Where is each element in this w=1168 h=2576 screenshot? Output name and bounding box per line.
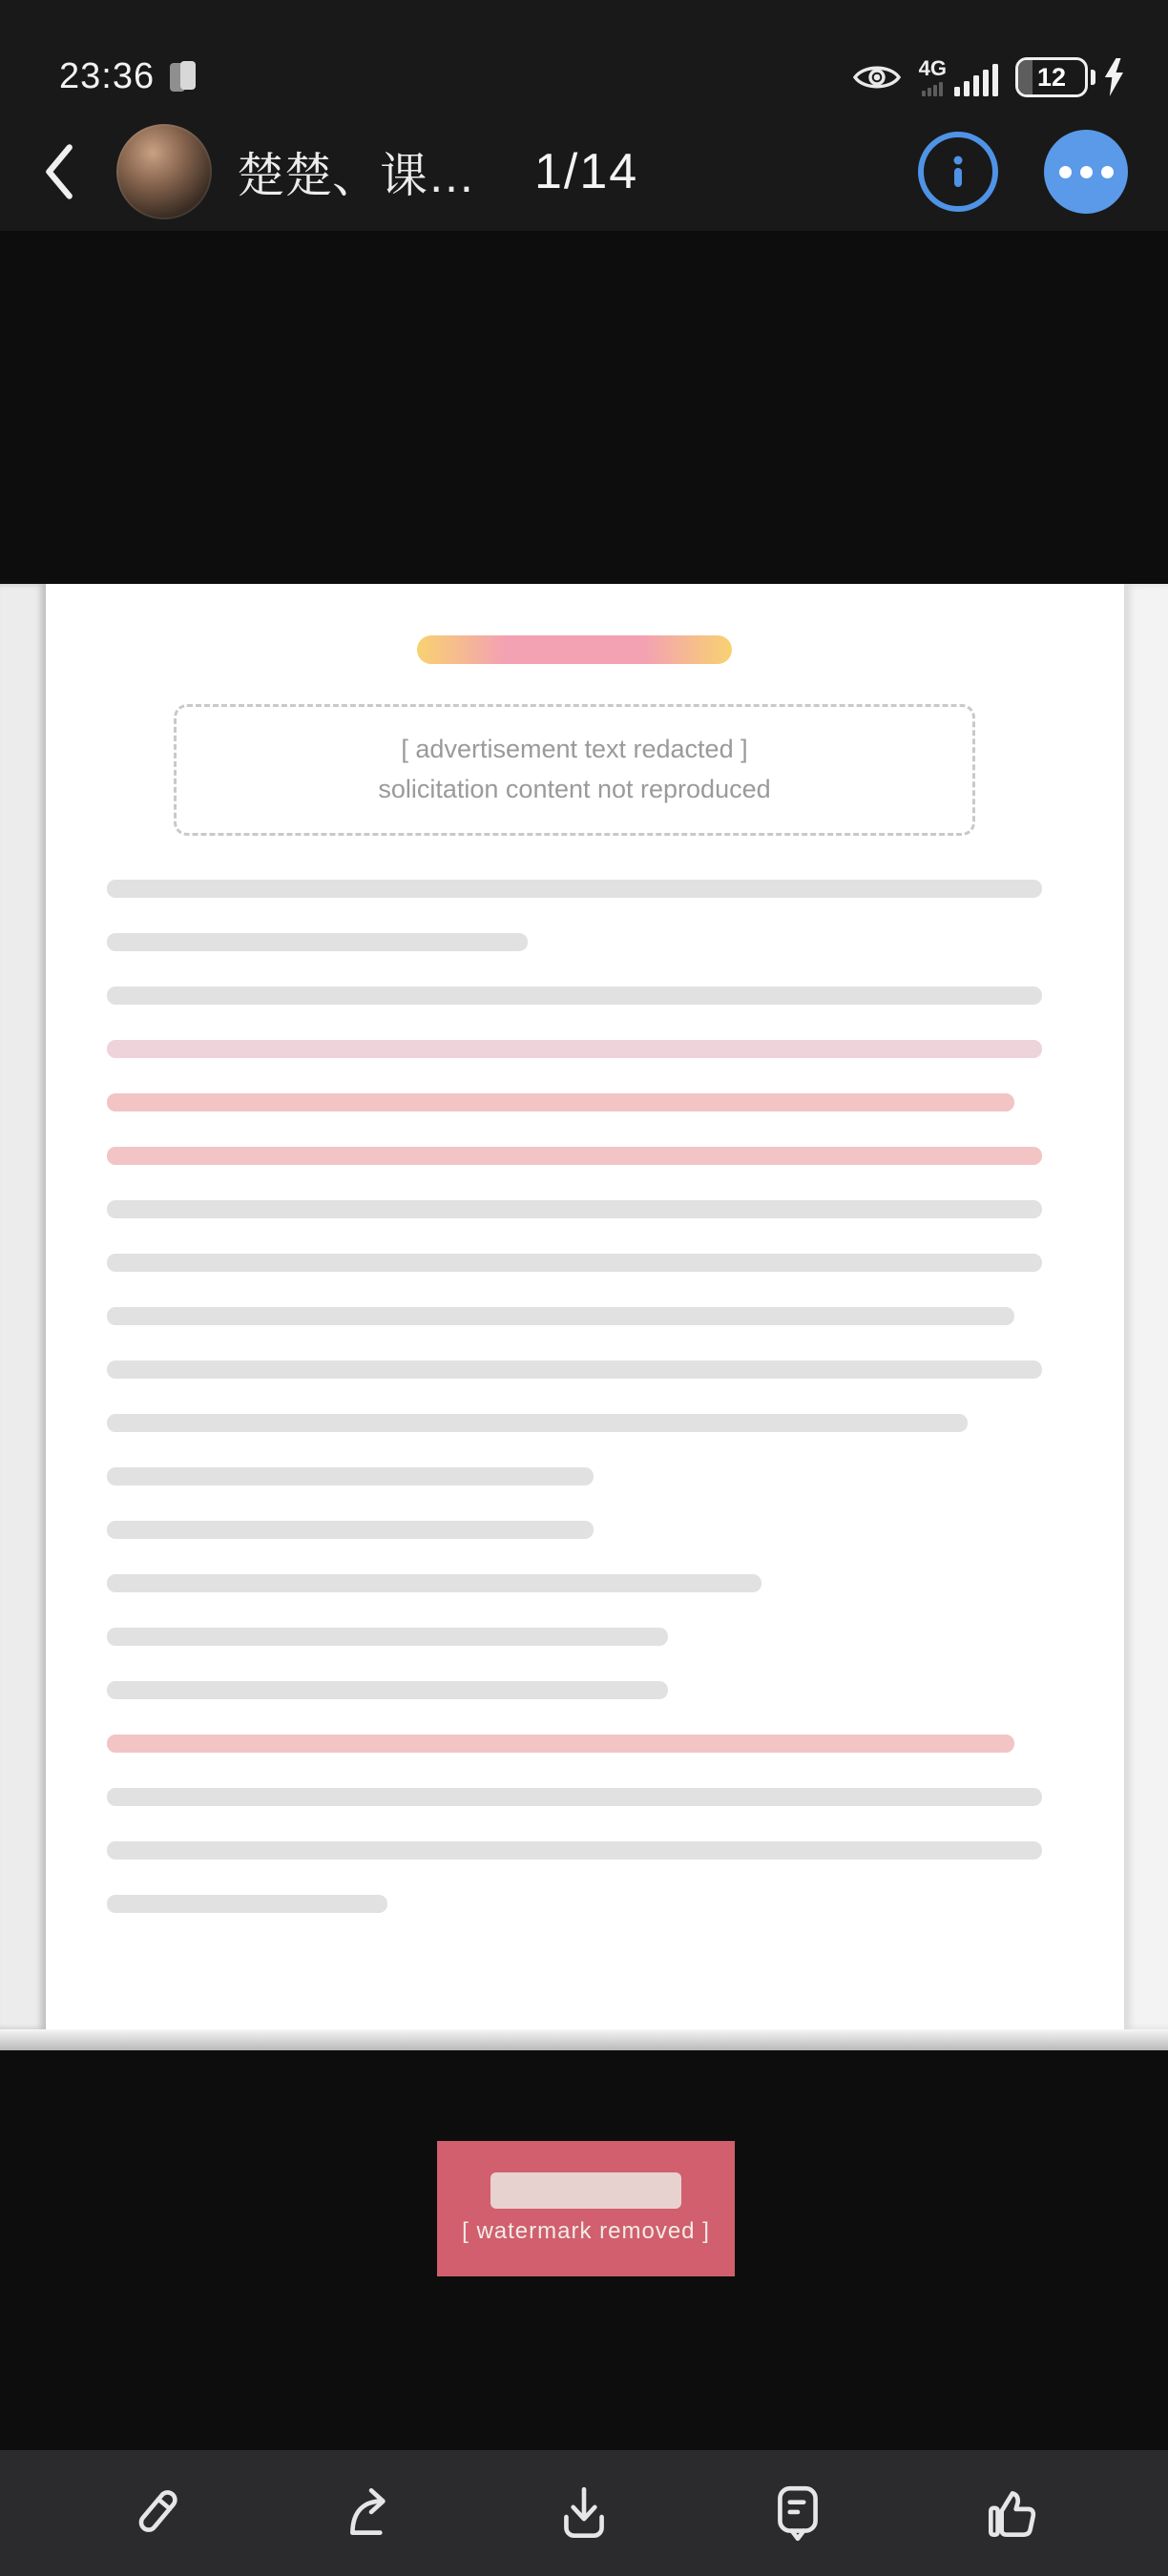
watermark-box: [ watermark removed ] [437,2141,735,2276]
page-right-edge [1124,584,1168,2029]
page-bottom-edge [0,2029,1168,2050]
redacted-text-line [107,1521,594,1539]
redacted-text-line [107,1307,1014,1325]
redacted-text-line [107,1574,761,1592]
redacted-text-line [107,933,528,951]
redacted-text-line [107,1628,668,1646]
eye-icon [852,60,902,94]
redacted-text-line [107,1254,1042,1272]
page-indicator: 1/14 [534,143,638,200]
page-left-edge [0,584,46,2029]
network-type-label: 4G [919,58,947,79]
info-button[interactable] [918,132,998,212]
redacted-text-line [107,1841,1042,1859]
redaction-notice-line: [ advertisement text redacted ] [196,730,953,770]
redaction-notice: [ advertisement text redacted ] solicita… [174,704,975,836]
edit-icon [125,2482,188,2545]
battery-charging-icon: 12 [1015,57,1126,97]
comment-icon [766,2482,829,2545]
back-chevron-icon [42,142,74,201]
avatar[interactable] [116,124,212,219]
more-options-button[interactable] [1044,130,1128,214]
charging-bolt-icon [1101,58,1126,96]
redacted-text-line [107,1414,968,1432]
info-icon [939,153,977,191]
document-page[interactable]: [ advertisement text redacted ] solicita… [46,584,1124,2029]
edit-button[interactable] [99,2461,214,2566]
comment-button[interactable] [740,2461,855,2566]
sim-icon [170,61,202,93]
bottom-toolbar [0,2450,1168,2576]
redacted-text-line [107,1895,387,1913]
more-icon [1059,166,1072,178]
redacted-text-line [107,1735,1014,1753]
redacted-text-line [107,1093,1014,1111]
redacted-watermark-logo [490,2172,681,2209]
secondary-signal-icon [922,82,943,96]
image-title: 楚楚、课… [237,137,475,206]
back-button[interactable] [42,129,95,215]
redacted-text-line [107,1681,668,1699]
watermark-label: [ watermark removed ] [462,2218,710,2245]
redaction-notice-line: solicitation content not reproduced [196,770,953,810]
thumbs-up-icon [980,2482,1043,2545]
phone-screen: 23:36 4G [0,0,1168,2576]
viewer-header: 楚楚、课… 1/14 [0,113,1168,231]
battery-percent: 12 [1037,63,1066,93]
redacted-text-line [107,1788,1042,1806]
redacted-text-line [107,1361,1042,1379]
signal-bars-icon: 4G [919,58,998,96]
redacted-title-line [417,635,732,664]
redacted-text-line [107,880,1042,898]
redacted-text-line [107,1200,1042,1218]
status-bar: 23:36 4G [0,0,1168,113]
redacted-text-line [107,1147,1042,1165]
redacted-text-line [107,1040,1042,1058]
download-button[interactable] [527,2461,641,2566]
clock: 23:36 [59,56,155,97]
redacted-text-line [107,987,1042,1005]
thumbs-up-button[interactable] [954,2461,1069,2566]
redacted-text-line [107,1467,594,1485]
share-icon [339,2482,402,2545]
share-button[interactable] [313,2461,428,2566]
download-icon [553,2482,615,2545]
